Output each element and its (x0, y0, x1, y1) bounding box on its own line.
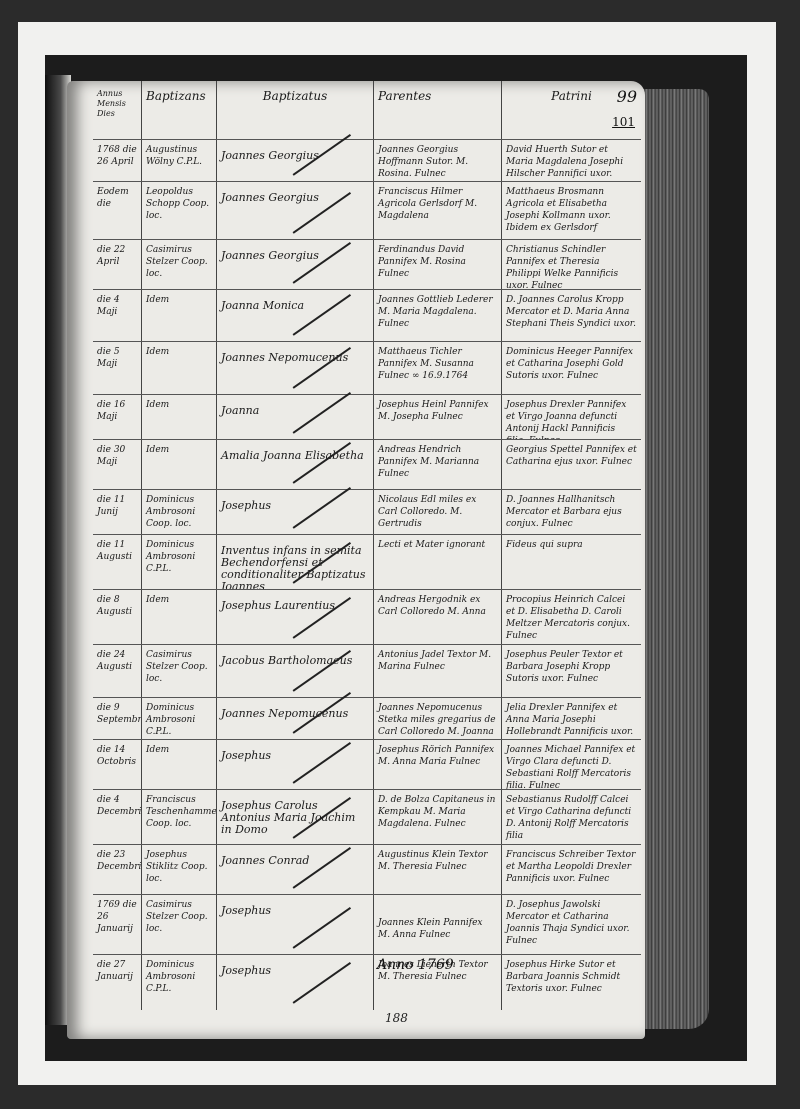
entry-date: die 9 Septembris (93, 698, 141, 740)
entry-baptizans: Franciscus Teschenhammer Coop. loc. (141, 790, 216, 845)
entry-baptizatus: Joanna (216, 395, 373, 440)
entry-parentes: Ferdinandus David Pannifex M. Rosina Ful… (373, 240, 501, 290)
entry-date: die 30 Maji (93, 440, 141, 490)
entry-baptizans: Dominicus Ambrosoni C.P.L. (141, 698, 216, 740)
entry-baptizans: Casimirus Stelzer Coop. loc. (141, 645, 216, 698)
entry-parentes: D. de Bolza Capitaneus in Kempkau M. Mar… (373, 790, 501, 845)
entry-baptizans: Idem (141, 342, 216, 395)
table-row: die 4 DecembrisFranciscus Teschenhammer … (93, 789, 641, 845)
entry-baptizans: Idem (141, 290, 216, 342)
entry-patrini: Christianus Schindler Pannifex et Theres… (501, 240, 641, 290)
entry-parentes: Joannes Nepomucenus Stetka miles gregari… (373, 698, 501, 740)
entry-date: die 4 Maji (93, 290, 141, 342)
entry-baptizans: Leopoldus Schopp Coop. loc. (141, 182, 216, 240)
entry-patrini: D. Joannes Carolus Kropp Mercator et D. … (501, 290, 641, 342)
table-row: die 16 MajiIdemJoannaJosephus Heinl Pann… (93, 394, 641, 440)
table-row: die 11 AugustiDominicus Ambrosoni C.P.L.… (93, 534, 641, 590)
entry-patrini: Josephus Drexler Pannifex et Virgo Joann… (501, 395, 641, 440)
entry-date: Eodem die (93, 182, 141, 240)
page-edges (641, 89, 709, 1029)
table-header: Annus Mensis Dies Baptizans Baptizatus P… (93, 81, 641, 139)
entry-parentes: Nicolaus Edl miles ex Carl Colloredo. M.… (373, 490, 501, 535)
table-row: die 9 SeptembrisDominicus Ambrosoni C.P.… (93, 697, 641, 740)
entry-patrini: Franciscus Schreiber Textor et Martha Le… (501, 845, 641, 895)
entry-parentes: Andreas Hergodnik ex Carl Colloredo M. A… (373, 590, 501, 645)
table-row: die 22 AprilCasimirus Stelzer Coop. loc.… (93, 239, 641, 290)
entry-parentes: Josephus Heinl Pannifex M. Josepha Fulne… (373, 395, 501, 440)
entry-baptizans: Dominicus Ambrosoni C.P.L. (141, 535, 216, 590)
header-parentes: Parentes (373, 81, 501, 139)
entry-date: 1769 die 26 Januarij (93, 895, 141, 955)
entry-parentes: Joannes Gottlieb Lederer M. Maria Magdal… (373, 290, 501, 342)
header-baptizans: Baptizans (141, 81, 216, 139)
entry-date: die 8 Augusti (93, 590, 141, 645)
entry-date: die 22 April (93, 240, 141, 290)
table-row: 1768 die 26 AprilAugustinus Wölny C.P.L.… (93, 139, 641, 182)
entry-date: die 27 Januarij (93, 955, 141, 1010)
footer-number: 188 (385, 1011, 408, 1025)
table-row: die 30 MajiIdemAmalia Joanna ElisabethaA… (93, 439, 641, 490)
entry-parentes: Lecti et Mater ignorant (373, 535, 501, 590)
table-row: Eodem dieLeopoldus Schopp Coop. loc.Joan… (93, 181, 641, 240)
entry-parentes: Franciscus Hilmer Agricola Gerlsdorf M. … (373, 182, 501, 240)
header-patrini: Patrini (501, 81, 641, 139)
entry-parentes: Joannes Georgius Hoffmann Sutor. M. Rosi… (373, 140, 501, 182)
table-row: die 23 DecembrisJosephus Stiklitz Coop. … (93, 844, 641, 895)
header-baptizatus: Baptizatus (216, 81, 373, 139)
entry-date: 1768 die 26 April (93, 140, 141, 182)
table-row: die 8 AugustiIdemJosephus LaurentiusAndr… (93, 589, 641, 645)
table-row: die 4 MajiIdemJoanna MonicaJoannes Gottl… (93, 289, 641, 342)
entry-patrini: Josephus Hirke Sutor et Barbara Joannis … (501, 955, 641, 1010)
entry-patrini: Jelia Drexler Pannifex et Anna Maria Jos… (501, 698, 641, 740)
entry-parentes: Antonius Jadel Textor M. Marina Fulnec (373, 645, 501, 698)
table-row: die 24 AugustiCasimirus Stelzer Coop. lo… (93, 644, 641, 698)
entry-baptizatus: Joannes Nepomucenus (216, 698, 373, 740)
entry-date: die 4 Decembris (93, 790, 141, 845)
entry-baptizans: Dominicus Ambrosoni C.P.L. (141, 955, 216, 1010)
table-row: 1769 die 26 JanuarijCasimirus Stelzer Co… (93, 894, 641, 955)
anno-note: Anno 1769 (377, 957, 454, 973)
entry-date: die 5 Maji (93, 342, 141, 395)
entry-baptizans: Idem (141, 740, 216, 790)
header-date: Annus Mensis Dies (93, 81, 141, 139)
table-row: die 11 JunijDominicus Ambrosoni Coop. lo… (93, 489, 641, 535)
entry-patrini: Josephus Peuler Textor et Barbara Joseph… (501, 645, 641, 698)
entry-patrini: Procopius Heinrich Calcei et D. Elisabet… (501, 590, 641, 645)
entry-date: die 11 Augusti (93, 535, 141, 590)
entry-baptizans: Casimirus Stelzer Coop. loc. (141, 240, 216, 290)
entry-baptizatus: Joannes Georgius (216, 140, 373, 182)
entry-patrini: Georgius Spettel Pannifex et Catharina e… (501, 440, 641, 490)
entry-baptizatus: Josephus (216, 490, 373, 535)
register-photograph: 99 101 Annus Mensis Dies Baptizans Bapti… (45, 55, 747, 1061)
entry-patrini: David Huerth Sutor et Maria Magdalena Jo… (501, 140, 641, 182)
entry-parentes: Augustinus Klein Textor M. Theresia Fuln… (373, 845, 501, 895)
table-row: die 14 OctobrisIdemJosephusJosephus Röri… (93, 739, 641, 790)
entry-parentes: Matthaeus Tichler Pannifex M. Susanna Fu… (373, 342, 501, 395)
entry-patrini: Fideus qui supra (501, 535, 641, 590)
entry-parentes: Josephus Rörich Pannifex M. Anna Maria F… (373, 740, 501, 790)
entry-patrini: Matthaeus Brosmann Agricola et Elisabeth… (501, 182, 641, 240)
entry-baptizans: Idem (141, 440, 216, 490)
entry-parentes: Andreas Hendrich Pannifex M. Marianna Fu… (373, 440, 501, 490)
entry-patrini: Sebastianus Rudolff Calcei et Virgo Cath… (501, 790, 641, 845)
entry-date: die 16 Maji (93, 395, 141, 440)
entry-patrini: Dominicus Heeger Pannifex et Catharina J… (501, 342, 641, 395)
entry-patrini: Joannes Michael Pannifex et Virgo Clara … (501, 740, 641, 790)
entry-parentes: Joannes Klein Pannifex M. Anna Fulnec (373, 895, 501, 955)
entry-baptizans: Idem (141, 590, 216, 645)
entry-baptizans: Augustinus Wölny C.P.L. (141, 140, 216, 182)
entry-date: die 14 Octobris (93, 740, 141, 790)
register-table: Annus Mensis Dies Baptizans Baptizatus P… (93, 81, 641, 1039)
entry-date: die 24 Augusti (93, 645, 141, 698)
entry-patrini: D. Josephus Jawolski Mercator et Cathari… (501, 895, 641, 955)
entry-baptizans: Idem (141, 395, 216, 440)
entry-date: die 11 Junij (93, 490, 141, 535)
table-row: die 27 JanuarijDominicus Ambrosoni C.P.L… (93, 954, 641, 1010)
entry-baptizans: Casimirus Stelzer Coop. loc. (141, 895, 216, 955)
entry-date: die 23 Decembris (93, 845, 141, 895)
entry-baptizans: Dominicus Ambrosoni Coop. loc. (141, 490, 216, 535)
table-row: die 5 MajiIdemJoannes NepomucenusMatthae… (93, 341, 641, 395)
register-page: 99 101 Annus Mensis Dies Baptizans Bapti… (67, 81, 645, 1039)
entry-baptizans: Josephus Stiklitz Coop. loc. (141, 845, 216, 895)
entry-patrini: D. Joannes Hallhanitsch Mercator et Barb… (501, 490, 641, 535)
